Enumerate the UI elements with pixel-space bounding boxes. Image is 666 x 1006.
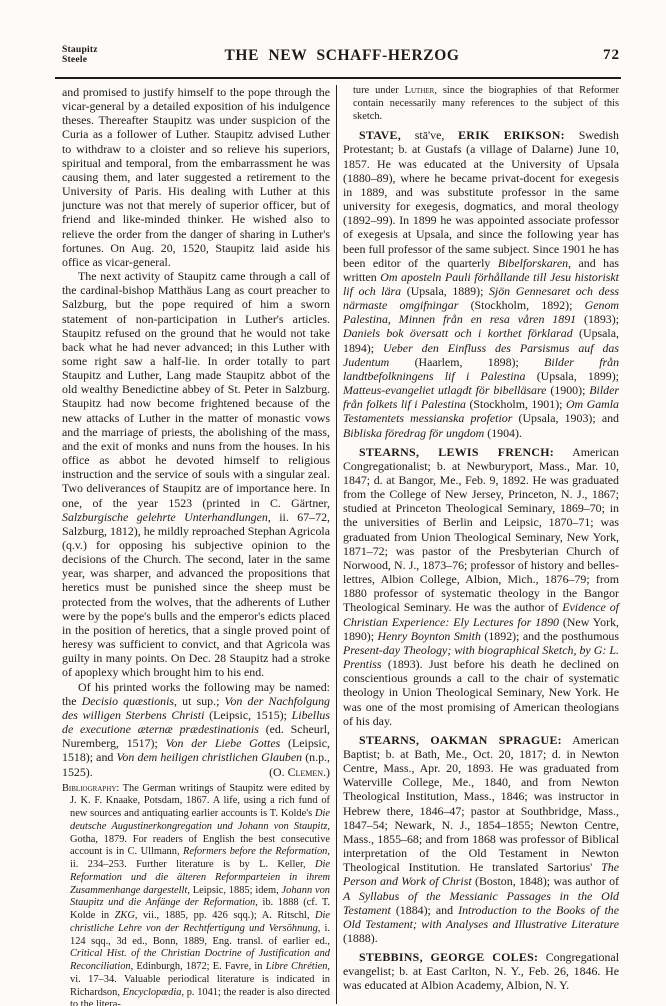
left-column: and promised to justify himself to the p… (62, 85, 330, 1004)
paragraph-staupitz-salzburg: The next activity of Staupitz came throu… (62, 269, 330, 680)
column-divider-rule (336, 85, 337, 1004)
right-column: ture under Luther, since the biographies… (343, 85, 619, 1004)
running-title: THE NEW SCHAFF-HERZOG (62, 47, 622, 65)
page-number: 72 (603, 47, 620, 64)
entry-stearns-lewis-french: STEARNS, LEWIS FRENCH: American Congrega… (343, 445, 619, 728)
paragraph-staupitz-continuation: and promised to justify himself to the p… (62, 85, 330, 269)
entry-stave-erik-erikson: STAVE, stā've, ERIK ERIKSON: Swedish Pro… (343, 128, 619, 439)
works-text: Of his printed works the following may b… (62, 680, 330, 779)
paragraph-staupitz-works: Of his printed works the following may b… (62, 680, 330, 779)
text-columns: and promised to justify himself to the p… (62, 85, 620, 1004)
entry-stearns-oakman-sprague: STEARNS, OAKMAN SPRAGUE: American Baptis… (343, 733, 619, 945)
bibliography-paragraph: Bibliography: The German writings of Sta… (62, 783, 330, 1006)
author-signature: (O. Clemen.) (253, 765, 330, 779)
bibliography-continuation: ture under Luther, since the biographies… (343, 85, 619, 123)
page-header: Staupitz Steele THE NEW SCHAFF-HERZOG 72 (62, 44, 622, 74)
encyclopedia-scanned-page: Staupitz Steele THE NEW SCHAFF-HERZOG 72… (0, 0, 666, 1006)
header-rule (55, 77, 621, 79)
entry-stebbins-george-coles: STEBBINS, GEORGE COLES: Congregational e… (343, 950, 619, 992)
